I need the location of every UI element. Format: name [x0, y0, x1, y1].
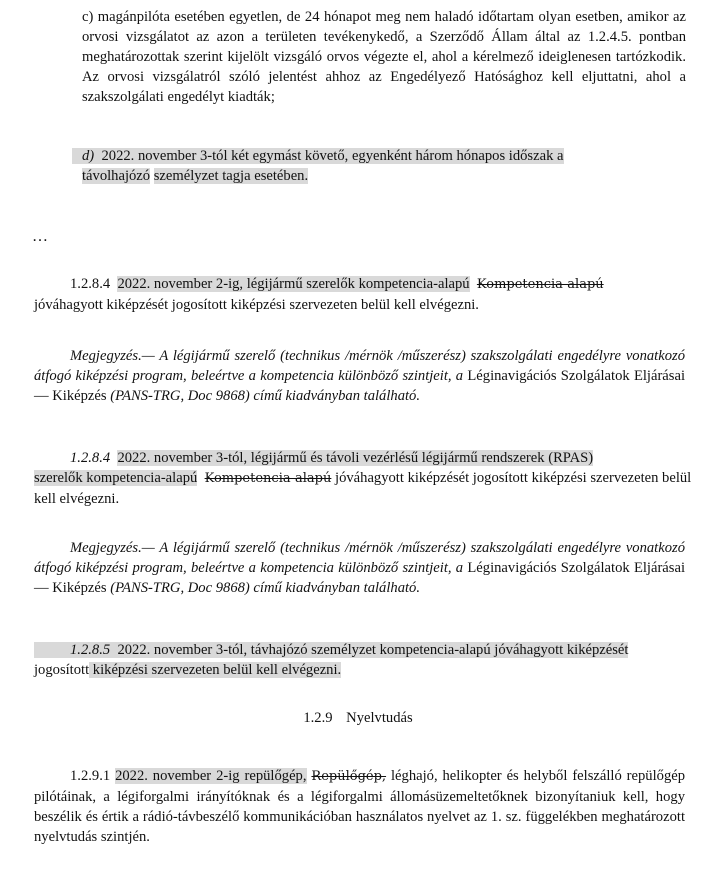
deleted-text: Kompetencia-alapú [477, 277, 604, 292]
section-heading-1-2-9: 1.2.9 Nyelvtudás [0, 708, 716, 728]
inserted-text-line1: 2022. november 3-tól, légijármű és távol… [117, 450, 593, 466]
inserted-text: 2022. november 2-ig repülőgép, [115, 768, 306, 784]
note-1-tail: (PANS-TRG, Doc 9868) című kiadványban ta… [110, 388, 420, 404]
section-1-2-8-5: 1.2.8.5 2022. november 3-tól, távhajózó … [34, 640, 694, 680]
note-1: Megjegyzés.— A légijármű szerelő (techni… [34, 346, 685, 406]
paragraph-d-line2b: személyzet tagja esetében. [154, 168, 308, 184]
section-number: 1.2.9.1 [70, 768, 110, 784]
plain-text: jogosított [34, 662, 89, 678]
section-number: 1.2.8.5 [70, 642, 110, 658]
deleted-text: Kompetencia-alapú [205, 471, 332, 486]
paragraph-d-line2a: távolhajózó [82, 168, 150, 184]
paragraph-d-label: d) [82, 148, 94, 164]
inserted-text: 2022. november 2-ig, légijármű szerelők … [117, 276, 469, 292]
ellipsis: … [32, 228, 49, 246]
heading-title: Nyelvtudás [346, 710, 412, 726]
section-line2: kiképzési szervezeten belül kell elvégez… [89, 662, 341, 678]
deleted-text: Repülőgép, [311, 769, 386, 784]
paragraph-d-line1: d) 2022. november 3-tól két egymást köve… [72, 148, 564, 164]
section-1-2-8-4-new: 1.2.8.4 2022. november 3-tól, légijármű … [34, 448, 694, 509]
paragraph-c-text: c) magánpilóta esetében egyetlen, de 24 … [82, 9, 686, 105]
paragraph-c: c) magánpilóta esetében egyetlen, de 24 … [82, 7, 686, 107]
inserted-text-line2: szerelők kompetencia-alapú [34, 470, 197, 486]
section-1-2-8-4-old: 1.2.8.4 2022. november 2-ig, légijármű s… [34, 274, 684, 315]
section-1-2-9-1: 1.2.9.1 2022. november 2-ig repülőgép, R… [34, 766, 685, 847]
heading-number: 1.2.9 [303, 710, 332, 726]
section-number: 1.2.8.4 [34, 276, 110, 292]
note-2-tail: (PANS-TRG, Doc 9868) című kiadványban ta… [110, 580, 420, 596]
rest-text: jóváhagyott kiképzését jogosított kiképz… [34, 297, 479, 313]
section-number: 1.2.8.4 [70, 450, 110, 466]
paragraph-d: d) 2022. november 3-tól két egymást köve… [72, 146, 672, 186]
note-2: Megjegyzés.— A légijármű szerelő (techni… [34, 538, 685, 598]
section-line1: 2022. november 3-tól, távhajózó személyz… [117, 642, 628, 658]
